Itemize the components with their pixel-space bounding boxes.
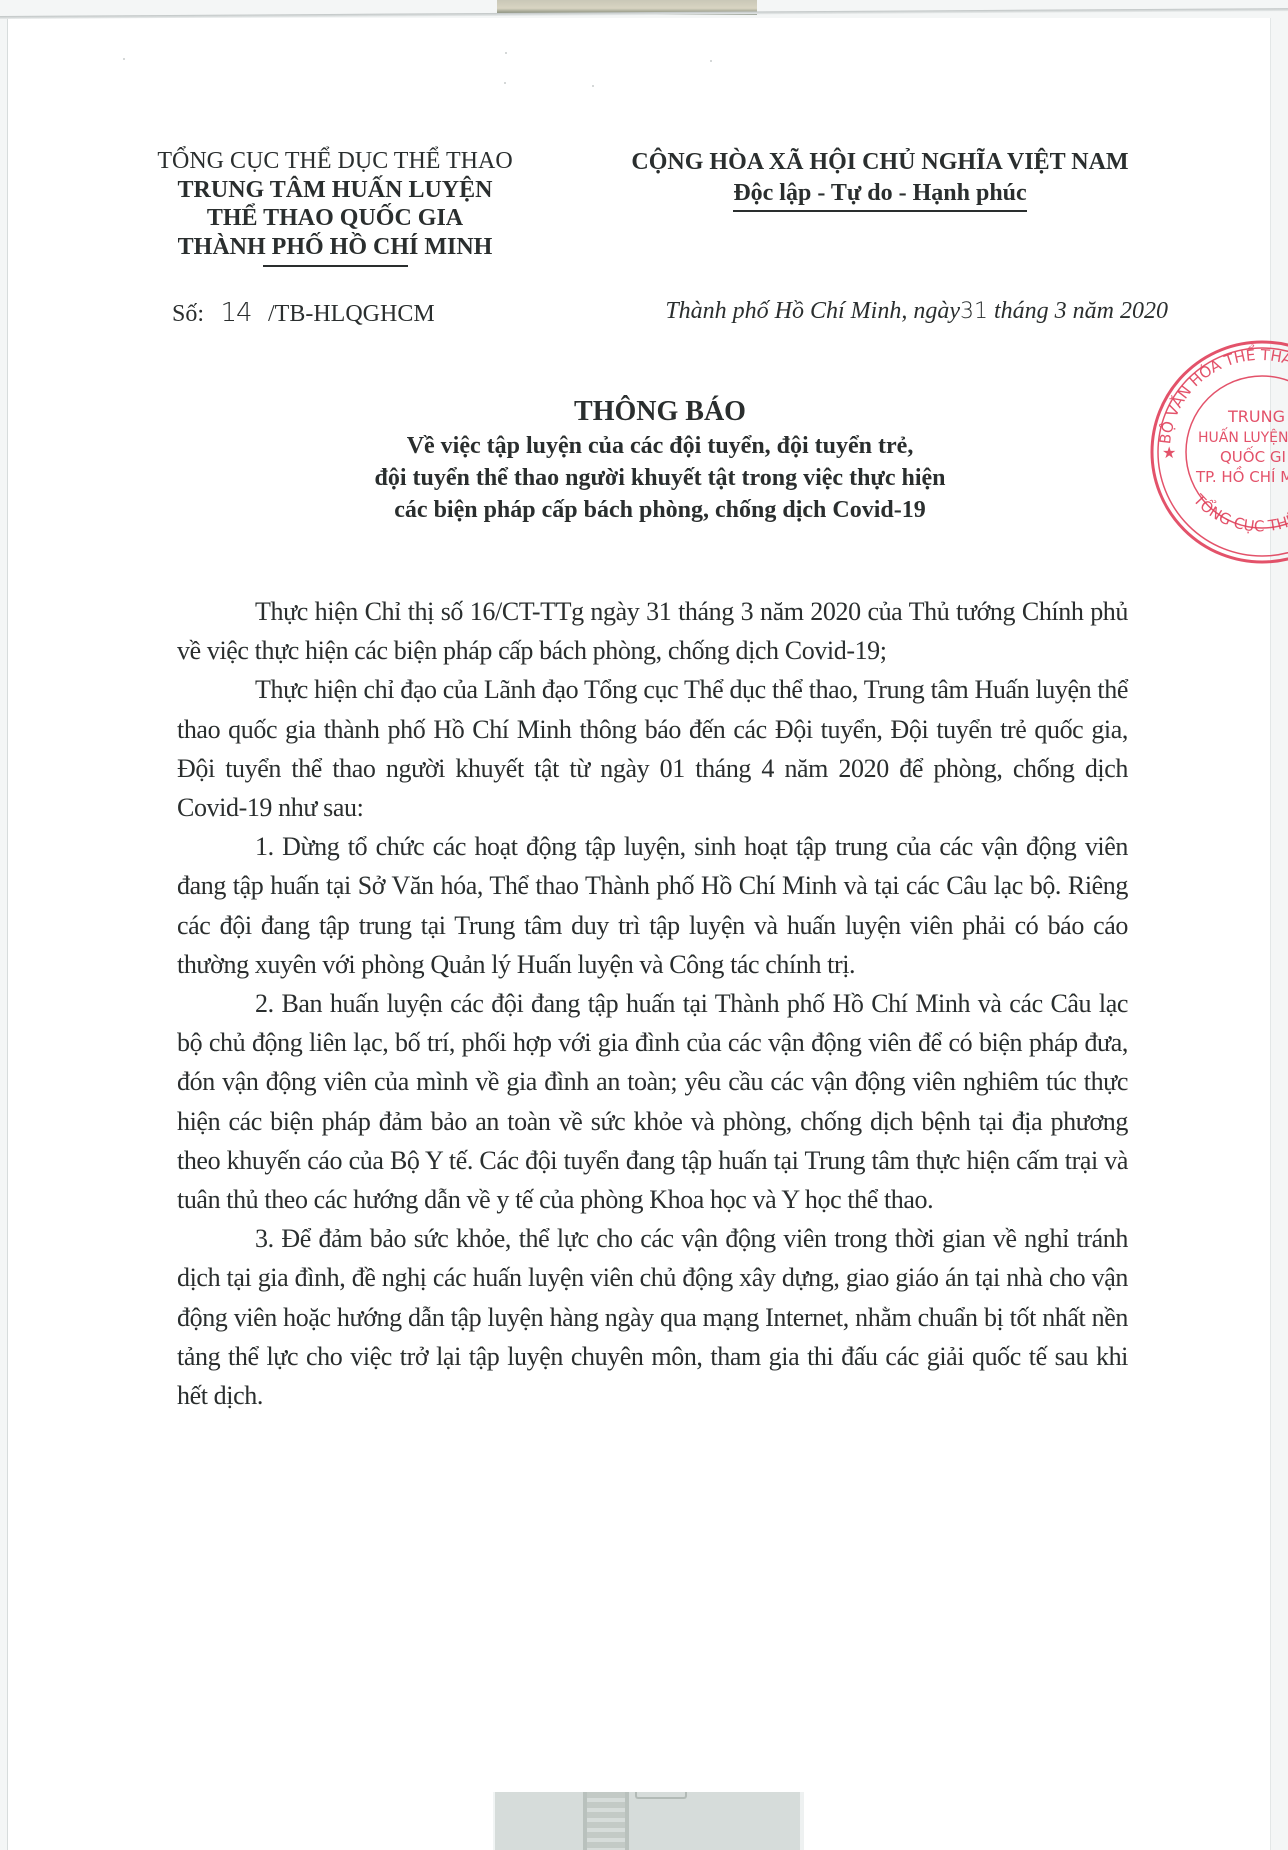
issue-date: Thành phố Hồ Chí Minh, ngày31 tháng 3 nă… xyxy=(665,298,1168,325)
scan-speck xyxy=(123,58,125,60)
official-seal-stamp: BỘ VĂN HÓA THỂ THAO TỔNG CỤC THỂ DỤC ★ T… xyxy=(1140,330,1288,570)
doc-number-suffix: /TB-HLQGHCM xyxy=(268,301,435,327)
notice-subtitle-line: đội tuyển thể thao người khuyết tật tron… xyxy=(240,462,1080,494)
notice-title: THÔNG BÁO Về việc tập luyện của các đội … xyxy=(240,394,1080,526)
country-name: CỘNG HÒA XÃ HỘI CHỦ NGHĨA VIỆT NAM xyxy=(600,147,1160,178)
notice-subtitle-line: Về việc tập luyện của các đội tuyển, đội… xyxy=(240,430,1080,462)
film-strip-icon xyxy=(583,1792,629,1850)
agency-name-line: THỂ THAO QUỐC GIA xyxy=(130,204,540,233)
clip-tab xyxy=(635,1792,687,1799)
body-paragraph: Thực hiện Chỉ thị số 16/CT-TTg ngày 31 t… xyxy=(177,592,1128,670)
national-motto: Độc lập - Tự do - Hạnh phúc xyxy=(733,178,1026,212)
issuing-agency-header: TỔNG CỤC THỂ DỤC THỂ THAO TRUNG TÂM HUẤN… xyxy=(130,147,540,267)
agency-parent: TỔNG CỤC THỂ DỤC THỂ THAO xyxy=(130,147,540,176)
body-paragraph: 3. Để đảm bảo sức khỏe, thể lực cho các … xyxy=(177,1219,1128,1415)
stamp-outer-text-bottom: TỔNG CỤC THỂ DỤC xyxy=(1189,490,1288,535)
stamp-inner-line: TP. HỒ CHÍ M xyxy=(1195,465,1288,486)
date-day-handwritten: 31 xyxy=(960,299,988,324)
agency-name-line: THÀNH PHỐ HỒ CHÍ MINH xyxy=(130,233,540,262)
notice-body: Thực hiện Chỉ thị số 16/CT-TTg ngày 31 t… xyxy=(177,592,1128,1415)
header-divider xyxy=(263,265,408,267)
document-number: Số: 14 /TB-HLQGHCM xyxy=(172,298,435,328)
scan-speck xyxy=(504,82,506,84)
scan-speck xyxy=(710,60,712,62)
scanner-clip-bottom xyxy=(493,1792,804,1850)
body-paragraph: Thực hiện chỉ đạo của Lãnh đạo Tổng cục … xyxy=(177,670,1128,827)
doc-number-handwritten: 14 xyxy=(210,298,262,328)
body-paragraph: 1. Dừng tổ chức các hoạt động tập luyện,… xyxy=(177,827,1128,984)
stamp-inner-line: QUỐC GI xyxy=(1220,445,1286,466)
national-header: CỘNG HÒA XÃ HỘI CHỦ NGHĨA VIỆT NAM Độc l… xyxy=(600,147,1160,212)
notice-subtitle-line: các biện pháp cấp bách phòng, chống dịch… xyxy=(240,494,1080,526)
date-rest: tháng 3 năm 2020 xyxy=(988,298,1168,324)
scan-speck xyxy=(592,85,594,87)
stamp-inner-line: HUẤN LUYỆN THỂ xyxy=(1198,427,1288,446)
notice-heading: THÔNG BÁO xyxy=(240,394,1080,430)
stamp-star-icon: ★ xyxy=(1162,443,1176,462)
agency-name-line: TRUNG TÂM HUẤN LUYỆN xyxy=(130,176,540,205)
date-place: Thành phố Hồ Chí Minh, ngày xyxy=(665,298,960,324)
body-paragraph: 2. Ban huấn luyện các đội đang tập huấn … xyxy=(177,984,1128,1219)
doc-number-prefix: Số: xyxy=(172,301,204,327)
stamp-inner-line: TRUNG TÂ xyxy=(1227,407,1288,426)
scan-speck xyxy=(505,52,507,54)
